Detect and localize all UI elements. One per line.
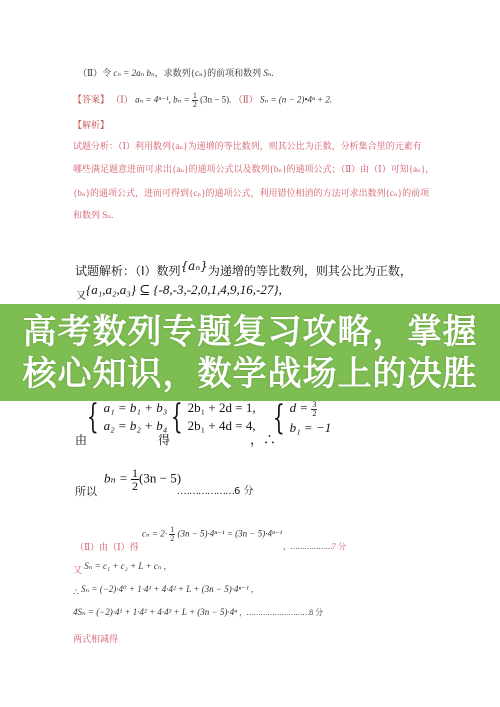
equation-system-2: { 2b₁ + 2d = 1, 2b₁ + 4d = 4, bbox=[166, 400, 256, 434]
cn-score: ，………………7 分 bbox=[283, 541, 346, 552]
subtract-label: 两式相减得 bbox=[73, 633, 118, 645]
fraction: 32 bbox=[311, 401, 317, 418]
four-sn-line: 4Sₙ = (−2)·4¹ + 1·4² + 4·4³ + L + (3n − … bbox=[73, 606, 323, 618]
part2-solution-label: （Ⅱ）由（Ⅰ）得 bbox=[75, 541, 139, 553]
banner-title-line-2: 核心知识，数学战场上的决胜 bbox=[23, 353, 478, 395]
part2-question: （Ⅱ）令 cₙ = 2aₙ bₙ，求数列{cₙ}的前项和数列 Sₙ. bbox=[78, 67, 274, 79]
brace-icon: { bbox=[87, 400, 99, 434]
equation-system-3: { d = 32 b₁ = −1 bbox=[268, 400, 331, 436]
fraction: 12 bbox=[131, 467, 139, 492]
banner-title-line-1: 高考数列专题复习攻略，掌握 bbox=[23, 311, 478, 353]
sn-expand-line: ∴ Sₙ = (−2)·4⁰ + 1·4¹ + 4·4² + L + (3n −… bbox=[73, 583, 253, 598]
brace-icon: { bbox=[273, 401, 285, 435]
analysis-line-4: 和数列 Sₙ. bbox=[73, 209, 113, 221]
cn-formula: cₙ = 2· 12 (3n − 5)·4ⁿ⁻¹ = (3n − 5)·4ⁿ⁻¹ bbox=[142, 526, 282, 543]
solution-line-1: 试题解析：（Ⅰ）数列{aₙ}为递增的等比数列，则其公比为正数， bbox=[75, 258, 412, 279]
brace-icon: { bbox=[171, 400, 183, 434]
system-mid: 得 bbox=[158, 432, 170, 448]
solution-line-2: 又{a₁,a₂,a₃} ⊆ {-8,-3,-2,0,1,4,9,16,-27}, bbox=[76, 282, 282, 305]
system-prefix: 由 bbox=[75, 432, 87, 448]
sn-sum-line: 又 Sₙ = c₁ + c₂ + L + cₙ , bbox=[73, 560, 166, 576]
fraction: 12 bbox=[192, 92, 198, 109]
analysis-label: 【解析】 bbox=[73, 119, 109, 131]
analysis-line-2: 哪些满足题意进而可求出{aₙ}的通项公式以及数列{bₙ}的通项公式；（Ⅱ）由（Ⅰ… bbox=[73, 163, 434, 175]
result-prefix: 所以 bbox=[75, 484, 97, 500]
analysis-line-3: {bₙ}的通项公式，进而可得到{cₙ}的通项公式，利用错位相消的方法可求出数列{… bbox=[73, 187, 429, 199]
title-banner: 高考数列专题复习攻略，掌握 核心知识，数学战场上的决胜 bbox=[0, 304, 500, 401]
fraction: 12 bbox=[169, 526, 175, 543]
answer-label: 【答案】 bbox=[73, 95, 109, 105]
result-score: . ………………6 分 bbox=[177, 486, 254, 498]
result-formula: bₙ = 12(3n − 5) bbox=[104, 467, 181, 492]
analysis-line-1: 试题分析：（Ⅰ）利用数列{aₙ}为递增的等比数列，则其公比为正数，分析集合里的元… bbox=[73, 140, 422, 152]
equation-system-1: { a₁ = b₁ + b₃ a₂ = b₂ + b₄ bbox=[82, 400, 167, 434]
answer-line: 【答案】 （Ⅰ） aₙ = 4ⁿ⁻¹, bₙ = 12 (3n − 5). （Ⅱ… bbox=[73, 92, 332, 109]
